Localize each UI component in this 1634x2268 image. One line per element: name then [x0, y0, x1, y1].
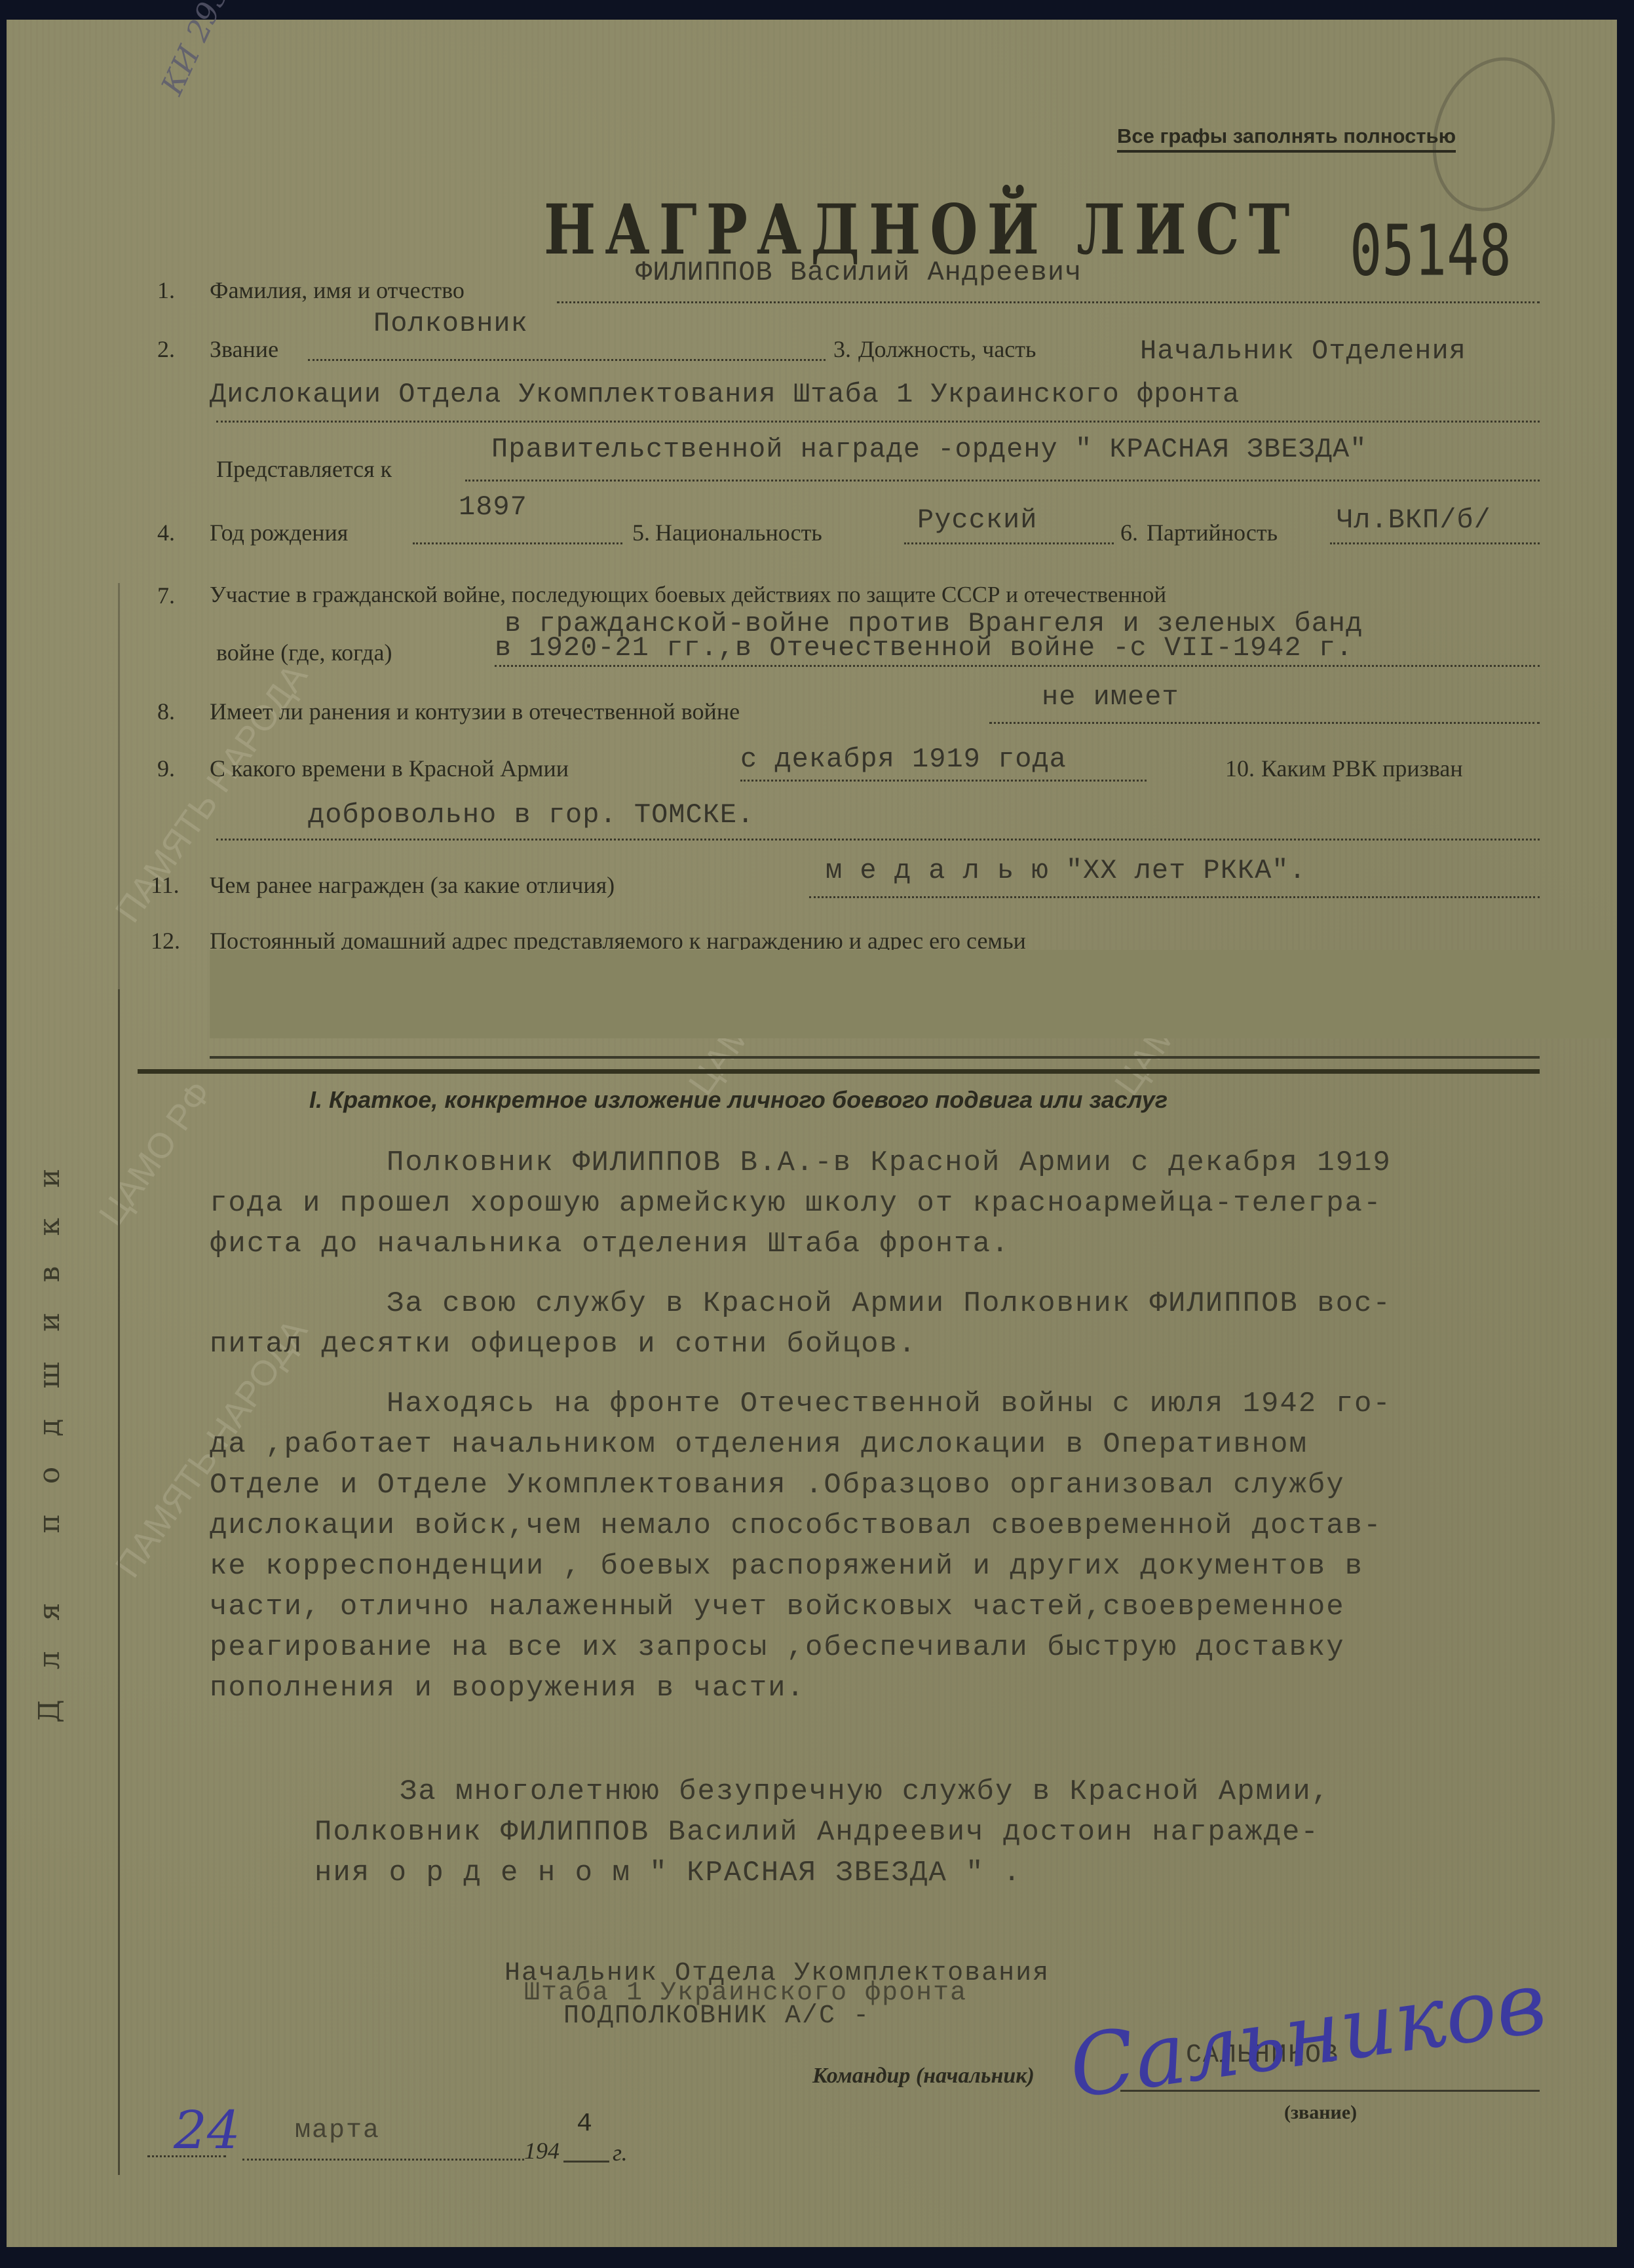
award-sheet-page: ЦАМО РФ ЦАМО РФ ЦАМО РФ ПАМЯТЬ НАРОДА ПА… [7, 20, 1617, 2247]
watermark: ЦАМО РФ [91, 1074, 220, 1234]
date-month-line [242, 2159, 524, 2161]
field-value-party: Чл.ВКП/б/ [1337, 504, 1491, 536]
field-line [740, 780, 1147, 782]
handwritten-note: КИ 29344 [154, 0, 252, 100]
field-number: 11. [151, 871, 180, 899]
field-line [557, 301, 1540, 303]
redacted-address-block [210, 950, 1617, 1038]
field-number: 8. [157, 698, 175, 725]
body-text-line: ке корреспонденции , боевых распоряжений… [210, 1550, 1363, 1583]
body-text-line: ния о р д е н о м " КРАСНАЯ ЗВЕЗДА " . [314, 1857, 1021, 1889]
date-month: марта [295, 2116, 380, 2145]
field-line [904, 542, 1114, 544]
field-value-wounds: не имеет [1042, 681, 1179, 713]
field-value-position-cont: Дислокации Отдела Укомплектования Штаба … [210, 379, 1240, 410]
body-text-line: За многолетнюю безупречную службу в Крас… [400, 1775, 1330, 1808]
field-number: 9. [157, 755, 175, 782]
field-line [308, 359, 826, 361]
body-text-line: Полковник ФИЛИППОВ В.А.-в Красной Армии … [387, 1146, 1392, 1179]
commander-label: Командир (начальник) [812, 2064, 1035, 2088]
field-line [413, 542, 622, 544]
field-value-birth-year: 1897 [459, 491, 527, 523]
field-number: 5. [632, 519, 650, 546]
field-line [216, 839, 1540, 841]
handwritten-signature: Сальников [1063, 1952, 1551, 2117]
field-value-army-since: с декабря 1919 года [740, 744, 1067, 775]
field-line [495, 665, 1540, 667]
field-number: 7. [157, 582, 175, 609]
field-number: 12. [151, 927, 180, 954]
field-value-war-participation-cont: в 1920-21 гг.,в Отечественной войне -с V… [495, 632, 1353, 664]
body-text-line: Находясь на фронте Отечественной войны с… [387, 1388, 1392, 1420]
field-line [465, 480, 1540, 482]
field-number: 6. [1120, 519, 1138, 546]
margin-line [118, 989, 120, 2175]
field-value-nationality: Русский [917, 504, 1037, 536]
field-value-prior-awards: м е д а л ь ю "XX лет РККА". [826, 855, 1306, 886]
divider-line-thick [138, 1069, 1540, 1074]
binding-margin-text: Для подшивки [33, 1139, 66, 1723]
date-year-prefix: 194 [524, 2137, 560, 2164]
date-day-handwritten: 24 [174, 2100, 240, 2161]
section-heading: I. Краткое, конкретное изложение личного… [309, 1086, 1168, 1114]
body-text-line: дислокации войск,чем немало способствова… [210, 1509, 1382, 1542]
field-line [989, 722, 1540, 724]
field-value-rank: Полковник [373, 308, 528, 339]
field-line [809, 896, 1540, 898]
body-text-line: Полковник ФИЛИППОВ Василий Андреевич дос… [314, 1816, 1320, 1849]
field-number: 4. [157, 519, 175, 546]
field-label-nationality: Национальность [655, 519, 822, 546]
document-number: 05148 [1350, 211, 1511, 292]
field-value-name: ФИЛИППОВ Василий Андреевич [636, 257, 1082, 288]
field-label-prior-awards: Чем ранее награжден (за какие отличия) [210, 871, 615, 899]
field-label-wounds: Имеет ли ранения и контузии в отечествен… [210, 698, 740, 725]
field-line [1330, 542, 1540, 544]
body-text-line: фиста до начальника отделения Штаба фрон… [210, 1228, 1010, 1260]
body-text-line: реагирование на все их запросы ,обеспечи… [210, 1631, 1345, 1664]
date-day-line [147, 2155, 226, 2157]
margin-line [118, 583, 120, 1002]
field-label-name: Фамилия, имя и отчество [210, 276, 465, 304]
field-value-position: Начальник Отделения [1140, 335, 1466, 367]
body-text-line: да ,работает начальником отделения дисло… [210, 1428, 1308, 1461]
signature-line [1120, 2090, 1540, 2092]
field-number: 2. [157, 335, 175, 363]
field-value-award: Правительственной награде -ордену " КРАС… [491, 434, 1367, 465]
date-year-unit: г. [613, 2139, 628, 2166]
body-text-line: части, отлично налаженный учет войсковых… [210, 1591, 1345, 1623]
divider-line [210, 1056, 1540, 1059]
body-text-line: года и прошел хорошую армейскую школу от… [210, 1187, 1382, 1220]
field-label-rvk: Каким РВК призван [1261, 755, 1463, 782]
field-number: 10. [1225, 755, 1255, 782]
field-label-party: Партийность [1147, 519, 1278, 546]
field-value-rvk: добровольно в гор. ТОМСКЕ. [308, 799, 754, 831]
signer-rank-line: ПОДПОЛКОВНИК А/С - [563, 2001, 870, 2031]
body-text-line: Отделе и Отделе Укомплектования .Образцо… [210, 1469, 1345, 1502]
fill-instruction: Все графы заполнять полностью [1117, 124, 1456, 153]
date-year-line [563, 2161, 609, 2163]
body-text-line: пополнения и вооружения в части. [210, 1672, 805, 1705]
body-text-line: За свою службу в Красной Армии Полковник… [387, 1287, 1392, 1320]
field-label-presented-to: Представляется к [216, 455, 392, 483]
field-number: 3. [833, 335, 851, 363]
field-label-birth-year: Год рождения [210, 519, 348, 546]
field-label-war-participation: Участие в гражданской войне, последующих… [210, 582, 1166, 608]
rank-caption: (звание) [1284, 2102, 1357, 2124]
field-label-rank: Звание [210, 335, 278, 363]
field-label-position: Должность, часть [858, 335, 1036, 363]
field-label-army-since: С какого времени в Красной Армии [210, 755, 569, 782]
date-year-suffix: 4 [577, 2109, 592, 2139]
field-line [216, 421, 1540, 423]
field-number: 1. [157, 276, 175, 304]
field-label-war-participation-cont: войне (где, когда) [216, 639, 392, 666]
body-text-line: питал десятки офицеров и сотни бойцов. [210, 1328, 917, 1361]
